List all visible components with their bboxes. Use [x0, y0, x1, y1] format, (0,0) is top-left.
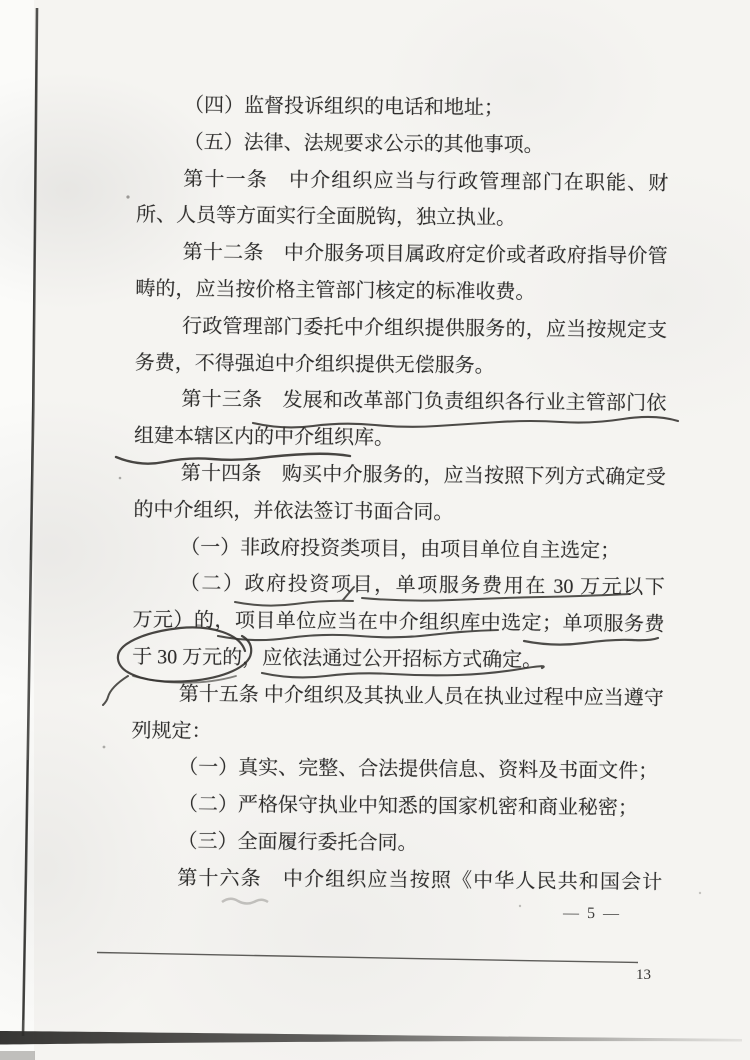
text-line: 第十五条 中介组织及其执业人员在执业过程中应当遵守下	[132, 676, 664, 717]
scanned-document-screenshot: { "doc": { "language": "zh-CN", "kind": …	[0, 0, 750, 1060]
text-line: 第十一条 中介组织应当与行政管理部门在职能、财务、场	[136, 161, 668, 202]
ink-speck	[119, 477, 122, 480]
text-line: （一）真实、完整、合法提供信息、资料及书面文件；	[131, 749, 663, 790]
text-line: （二）政府投资项目，单项服务费用在 30 万元以下（含 30	[133, 565, 665, 606]
text-line: 于 30 万元的，应依法通过公开招标方式确定。	[132, 639, 664, 680]
scan-left-margin	[0, 0, 34, 1060]
text-line: 务费，不得强迫中介组织提供无偿服务。	[135, 345, 667, 386]
text-line: （四）监督投诉组织的电话和地址；	[137, 87, 669, 128]
document-page-number: — 5 —	[552, 905, 632, 924]
ink-speck	[519, 905, 521, 907]
text-line: 第十六条 中介组织应当按照《中华人民共和国会计法》的	[130, 860, 662, 901]
text-line: 万元）的，项目单位应当在中介组织库中选定；单项服务费用大	[132, 602, 664, 643]
text-line: 列规定：	[131, 713, 663, 754]
circle-annotation-tail	[103, 676, 128, 705]
footer-rule	[97, 953, 638, 963]
text-line: （二）严格保守执业中知悉的国家机密和商业秘密；	[131, 786, 663, 827]
text-line: 第十四条 购买中介服务的，应当按照下列方式确定受委托	[134, 455, 666, 496]
text-line: （三）全面履行委托合同。	[130, 823, 662, 864]
text-line: （五）法律、法规要求公示的其他事项。	[137, 124, 669, 165]
ink-smudge	[222, 899, 268, 904]
document-body: （四）监督投诉组织的电话和地址；（五）法律、法规要求公示的其他事项。第十一条 中…	[130, 87, 669, 901]
text-line: 第十三条 发展和改革部门负责组织各行业主管部门依法	[134, 381, 666, 422]
text-line: 的中介组织，并依法签订书面合同。	[133, 492, 665, 533]
scan-bottom-band	[0, 1031, 742, 1045]
text-line: （一）非政府投资类项目，由项目单位自主选定；	[133, 529, 665, 570]
text-line: 畴的，应当按价格主管部门核定的标准收费。	[135, 271, 667, 312]
ink-speck	[126, 195, 129, 198]
ink-speck	[699, 892, 701, 894]
scan-sheet-number: 13	[636, 967, 651, 984]
text-line: 第十二条 中介服务项目属政府定价或者政府指导价管理范	[136, 234, 668, 275]
text-line: 组建本辖区内的中介组织库。	[134, 418, 666, 459]
ink-speck	[103, 746, 106, 749]
text-line: 所、人员等方面实行全面脱钩，独立执业。	[136, 197, 668, 238]
text-line: 行政管理部门委托中介组织提供服务的，应当按规定支付服	[135, 308, 667, 349]
